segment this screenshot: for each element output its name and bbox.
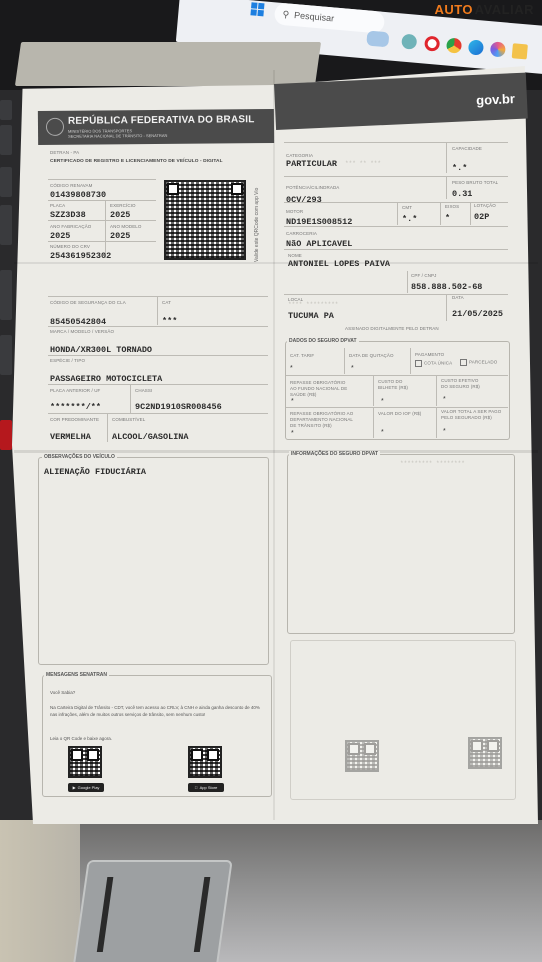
repasse-fns-value: * <box>291 398 294 405</box>
cpf-value: 858.888.502-68 <box>411 282 482 292</box>
capacidade-label: CAPACIDADE <box>452 146 482 151</box>
cla-label: CÓDIGO DE SEGURANÇA DO CLA <box>50 300 126 305</box>
qr-caption: Valide este QRCode com app Vio <box>254 188 260 262</box>
marca-modelo-label: MARCA / MODELO / VERSÃO <box>50 329 114 334</box>
opera-icon[interactable] <box>424 36 440 52</box>
peso-bruto-label: PESO BRUTO TOTAL <box>452 180 498 185</box>
cat-tarif-label: CAT. TARIF <box>290 353 314 358</box>
parcelado-checkbox[interactable]: PARCELADO <box>460 359 497 366</box>
signed-note: ASSINADO DIGITALMENTE PELO DETRAN <box>345 326 439 331</box>
placa-value: SZZ3D38 <box>50 210 86 220</box>
cpf-label: CPF / CNPJ <box>411 273 437 278</box>
especie-value: PASSAGEIRO MOTOCICLETA <box>50 374 162 384</box>
data-quitacao-label: DATA DE QUITAÇÃO <box>349 353 394 358</box>
senatran-cta: Leia o QR Code e baixe agora. <box>50 735 112 742</box>
beige-cloth <box>0 820 80 962</box>
ano-modelo-value: 2025 <box>110 231 130 241</box>
categoria-value: PARTICULAR <box>286 159 337 169</box>
cat-value: *** <box>162 316 177 326</box>
valor-total-value: * <box>443 428 446 435</box>
copilot-icon[interactable] <box>490 41 506 57</box>
faint-print: ********* ******** <box>400 460 465 467</box>
valor-iof-label: VALOR DO IOF (R$) <box>378 411 421 416</box>
cmt-label: CMT <box>402 205 412 210</box>
observacoes-value: ALIENAÇÃO FIDUCIÁRIA <box>44 467 146 477</box>
valor-iof-value: * <box>381 429 384 436</box>
cota-unica-checkbox[interactable]: COTA ÚNICA <box>415 360 452 367</box>
edge-icon[interactable] <box>468 39 484 55</box>
repasse-denatran-value: * <box>291 430 294 437</box>
keyboard-key <box>0 205 12 245</box>
lotacao-label: LOTAÇÃO <box>474 203 496 208</box>
validation-qr-code <box>164 180 246 260</box>
info-dpvat-title: INFORMAÇÕES DO SEGURO DPVAT <box>289 451 380 457</box>
eixos-value: * <box>445 213 450 223</box>
ano-modelo-label: ANO MODELO <box>110 224 142 229</box>
chassi-label: CHASSI <box>135 388 152 393</box>
custo-efetivo-value: * <box>443 396 446 403</box>
dpvat-title: DADOS DO SEGURO DPVAT <box>287 338 359 344</box>
windows-start-icon[interactable] <box>250 2 264 16</box>
cat-tarif-value: * <box>290 365 293 372</box>
carroceria-value: NãO APLICAVEL <box>286 239 352 249</box>
marca-modelo-value: HONDA/XR300L TORNADO <box>50 345 152 355</box>
keyboard-key <box>0 270 12 320</box>
govbr-logo: gov.br <box>476 91 515 108</box>
brasil-crest-icon <box>46 118 64 136</box>
fold-line <box>273 70 275 820</box>
cmt-value: *.* <box>402 214 417 224</box>
capacidade-value: *.* <box>452 163 467 173</box>
cor-label: COR PREDOMINANTE <box>50 417 99 422</box>
keyboard-edge <box>0 95 14 455</box>
especie-label: ESPÉCIE / TIPO <box>50 358 85 363</box>
categoria-label: CATEGORIA <box>286 153 313 158</box>
play-icon: ▶ <box>73 785 76 790</box>
crv-label: NÚMERO DO CRV <box>50 244 90 249</box>
app-store-qr-code <box>188 746 222 778</box>
lotacao-value: 02P <box>474 212 489 222</box>
info-dpvat-box <box>287 454 515 634</box>
observacoes-box <box>38 457 269 665</box>
show-through-qr-code <box>345 740 379 772</box>
fold-line <box>14 262 538 264</box>
custo-efetivo-label: CUSTO EFETIVO DO SEGURO (R$) <box>441 378 481 390</box>
laptop-bezel <box>15 42 321 86</box>
keyboard-key <box>0 335 12 375</box>
data-quitacao-value: * <box>351 365 354 372</box>
peso-bruto-value: 0.31 <box>452 189 472 199</box>
chrome-icon[interactable] <box>446 37 462 53</box>
data-value: 21/05/2025 <box>452 309 503 319</box>
senatran-title: MENSAGENS SENATRAN <box>44 672 109 678</box>
cat-label: CAT <box>162 300 171 305</box>
senatran-body: Na Carteira Digital de Trânsito - CDT, v… <box>50 704 260 718</box>
app-store-badge[interactable]: App Store <box>188 783 224 792</box>
combustivel-value: ALCOOL/GASOLINA <box>112 432 189 442</box>
placa-anterior-label: PLACA ANTERIOR / UF <box>50 388 100 393</box>
chassi-value: 9C2ND1910SR008456 <box>135 402 222 412</box>
show-through-qr-code <box>468 737 502 769</box>
document-title: CERTIFICADO DE REGISTRO E LICENCIAMENTO … <box>50 159 223 164</box>
crv-value: 254361952302 <box>50 251 111 261</box>
placa-label: PLACA <box>50 203 65 208</box>
weather-widget-icon[interactable] <box>366 30 389 47</box>
detran-label: DETRAN - PA <box>50 150 79 155</box>
data-label: DATA <box>452 295 464 300</box>
observacoes-title: OBSERVAÇÕES DO VEÍCULO <box>42 454 117 460</box>
valor-total-label: VALOR TOTAL A SER PAGO PELO SEGURADO (R$… <box>441 409 507 421</box>
pagamento-label: PAGAMENTO <box>415 352 444 357</box>
custo-bilhete-value: * <box>381 398 384 405</box>
ano-fabricacao-label: ANO FABRICAÇÃO <box>50 224 91 229</box>
ano-fabricacao-value: 2025 <box>50 231 70 241</box>
senatran-question: Você Sabia? <box>50 689 75 696</box>
red-sticker <box>0 420 12 450</box>
exercicio-value: 2025 <box>110 210 130 220</box>
exercicio-label: EXERCÍCIO <box>110 203 136 208</box>
renavam-value: 01439808730 <box>50 190 106 200</box>
cor-value: VERMELHA <box>50 432 91 442</box>
eixos-label: EIXOS <box>445 204 459 209</box>
local-value: TUCUMA PA <box>288 311 334 321</box>
carroceria-label: CARROCERIA <box>286 231 317 236</box>
header-brasil: REPÚBLICA FEDERATIVA DO BRASIL MINISTÉRI… <box>38 109 274 145</box>
keyboard-key <box>0 167 12 197</box>
fabric-surface <box>0 820 542 962</box>
plastic-card-holder <box>72 860 232 962</box>
custo-bilhete-label: CUSTO DO BILHETE (R$) <box>378 379 410 391</box>
country-title: REPÚBLICA FEDERATIVA DO BRASIL <box>68 114 255 127</box>
apple-icon:  <box>195 785 198 790</box>
whatsapp-icon[interactable] <box>401 34 417 50</box>
combustivel-label: COMBUSTÍVEL <box>112 417 145 422</box>
google-play-qr-code <box>68 746 102 778</box>
potencia-value: 0CV/293 <box>286 195 322 205</box>
fold-line <box>14 450 538 453</box>
esc-key <box>0 100 12 120</box>
google-play-badge[interactable]: ▶Google Play <box>68 783 104 792</box>
faint-print: *** ** *** <box>345 160 381 167</box>
potencia-label: POTÊNCIA/CILINDRADA <box>286 185 339 190</box>
faint-print: **** ********* <box>288 301 338 308</box>
folder-icon[interactable] <box>512 43 528 59</box>
keyboard-key <box>0 125 12 155</box>
autoavaliar-watermark: AUTO AVALIAR <box>434 2 534 17</box>
placa-anterior-value: *******/** <box>50 402 101 412</box>
nome-value: ANTONIEL LOPES PAIVA <box>288 259 390 269</box>
repasse-denatran-label: REPASSE OBRIGATÓRIO AO DEPARTAMENTO NACI… <box>290 411 355 429</box>
search-icon: ⚲ <box>282 9 290 21</box>
nome-label: NOME <box>288 253 302 258</box>
show-through-area <box>290 640 516 800</box>
renavam-label: CÓDIGO RENAVAM <box>50 183 93 188</box>
motor-label: MOTOR <box>286 209 303 214</box>
repasse-fns-label: REPASSE OBRIGATÓRIO AO FUNDO NACIONAL DE… <box>290 380 350 398</box>
ministry-lines: MINISTÉRIO DOS TRANSPORTES SECRETARIA NA… <box>68 128 167 139</box>
